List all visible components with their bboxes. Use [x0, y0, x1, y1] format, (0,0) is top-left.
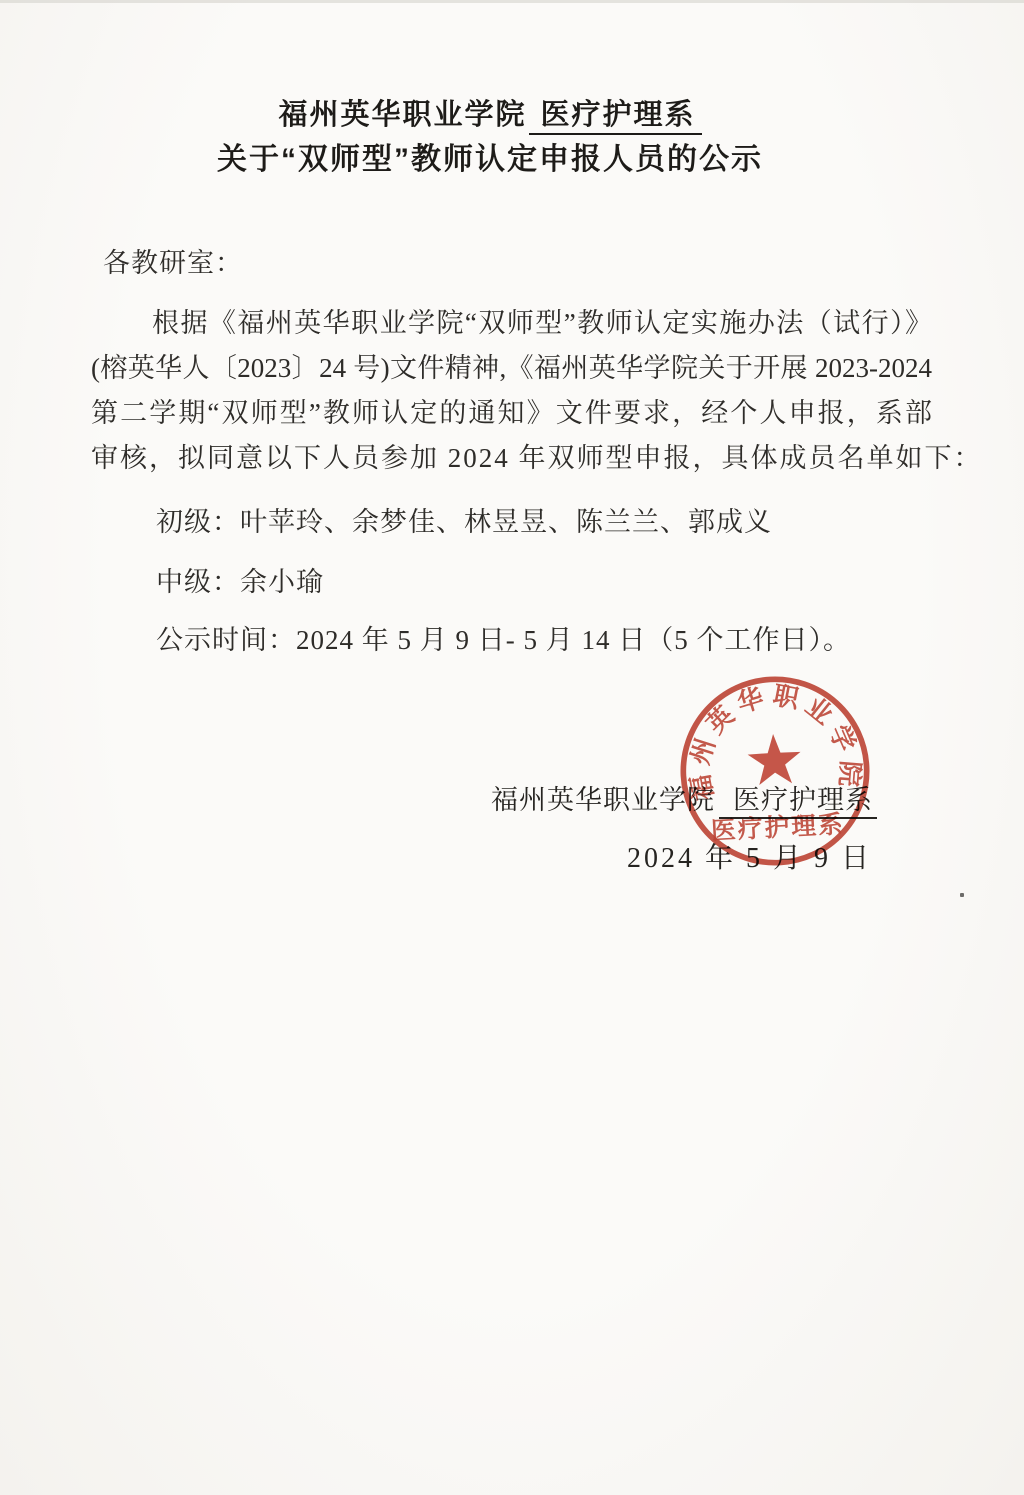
scan-artifact-speck	[960, 893, 964, 897]
stamp-star-icon	[747, 733, 803, 786]
title-org: 福州英华职业学院	[278, 99, 526, 131]
junior-level-list: 初级：叶苹玲、余梦佳、林昱昱、陈兰兰、郭成义	[156, 500, 772, 539]
document-title-line2: 关于“双师型”教师认定申报人员的公示	[40, 134, 940, 178]
paragraph-line-2: (榕英华人〔2023〕24 号)文件精神,《福州英华学院关于开展 2023-20…	[91, 346, 932, 384]
publicity-period: 公示时间：2024 年 5 月 9 日- 5 月 14 日（5 个工作日）。	[156, 618, 851, 657]
official-red-stamp: 福州英华职业学院 医疗护理系	[667, 663, 883, 879]
document-title-line1: 福州英华职业学院医疗护理系	[40, 92, 940, 133]
stamp-bottom-text: 医疗护理系	[710, 809, 845, 845]
paragraph-line-4: 审核，拟同意以下人员参加 2024 年双师型申报，具体成员名单如下：	[91, 436, 932, 475]
scanned-notice-page: 福州英华职业学院医疗护理系 关于“双师型”教师认定申报人员的公示 各教研室： 根…	[0, 0, 1024, 1495]
title-dept-underlined: 医疗护理系	[529, 99, 702, 135]
paragraph-line-1: 根据《福州英华职业学院“双师型”教师认定实施办法（试行）》	[91, 301, 932, 339]
paragraph-line-3: 第二学期“双师型”教师认定的通知》文件要求，经个人申报，系部	[91, 391, 932, 429]
middle-level-list: 中级：余小瑜	[156, 560, 324, 599]
salutation: 各教研室：	[103, 241, 243, 280]
scan-artifact-top-edge	[0, 0, 1024, 3]
